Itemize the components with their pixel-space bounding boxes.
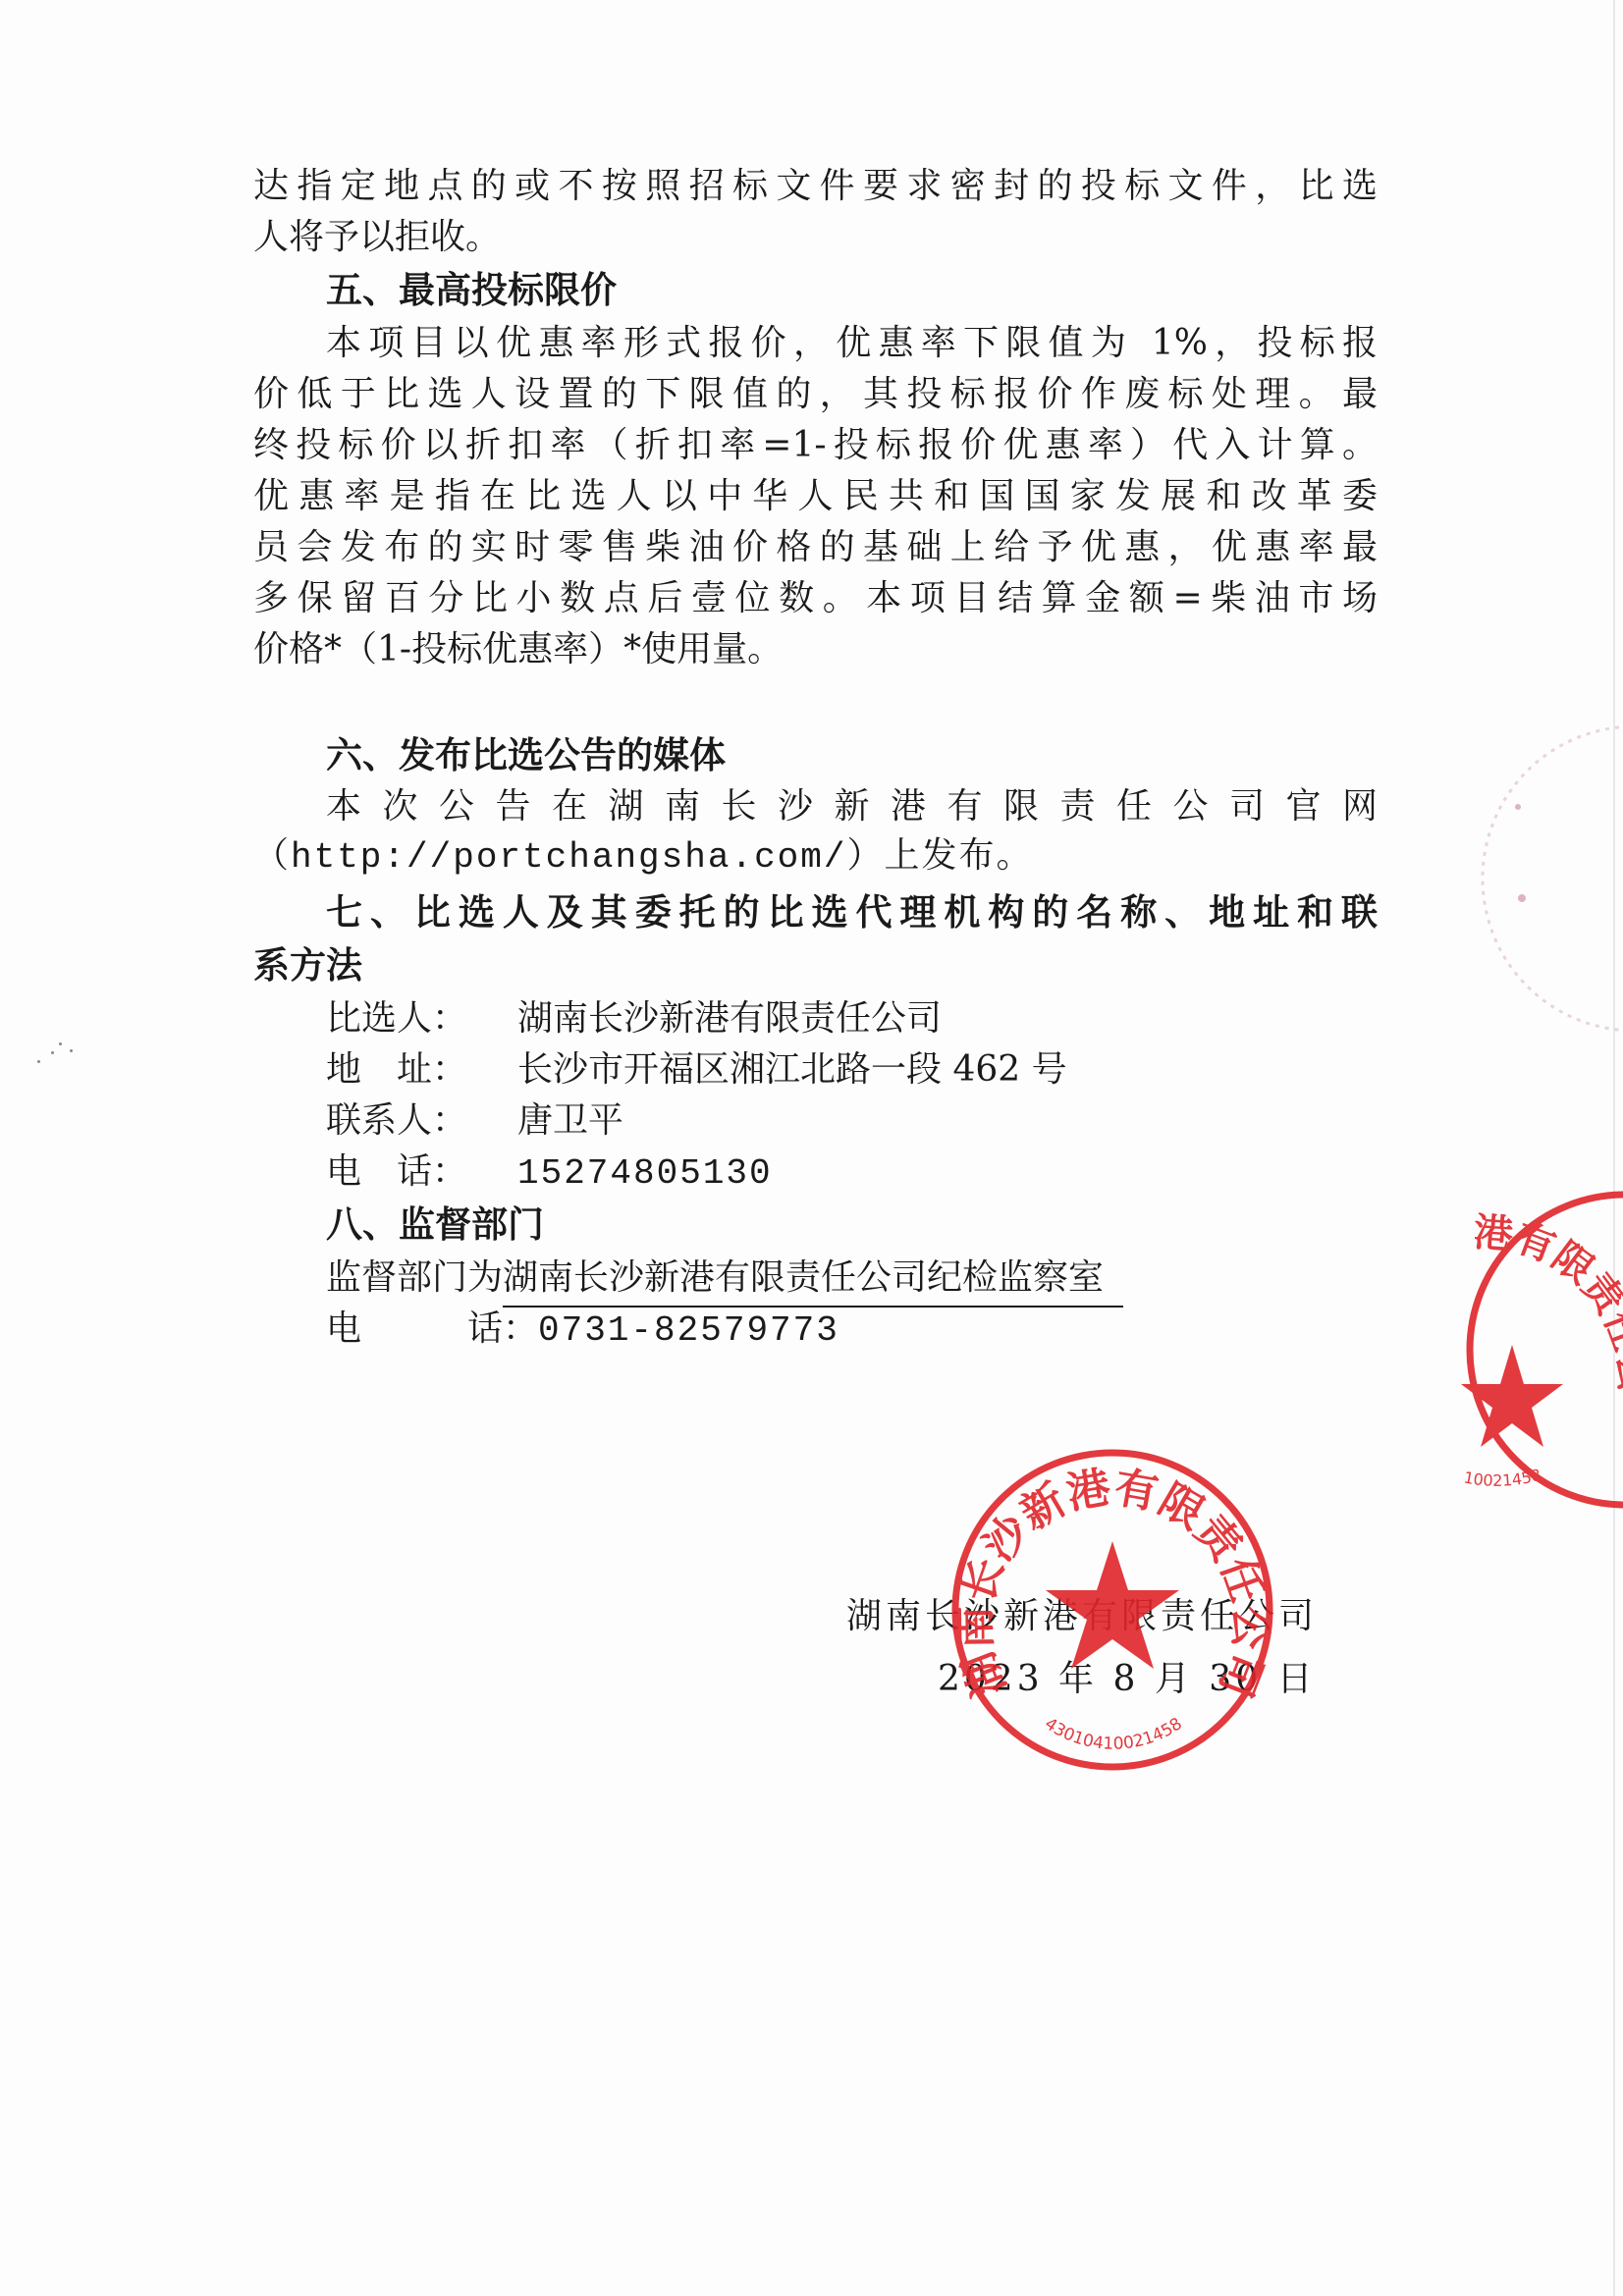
contact-value: 唐卫平 (517, 1100, 623, 1141)
contact-value: 长沙市开福区湘江北路一段 462 号 (517, 1049, 1067, 1090)
contact-value: 15274805130 (517, 1153, 773, 1194)
seal-serial: 43010410021458 (1041, 1714, 1186, 1754)
contact-label: 比选人： (326, 993, 517, 1044)
section-5-line-3: 终投标价以折扣率（折扣率=1-投标报价优惠率）代入计算。 (253, 420, 1378, 471)
continuation-line-2: 人将予以拒收。 (253, 212, 501, 263)
supervision-phone-row: 电 话：0731-82579773 (326, 1304, 839, 1357)
contact-row-phone: 电 话：15274805130 (326, 1147, 773, 1200)
ghost-seal-icon (1463, 717, 1623, 1041)
section-6-heading: 六、发布比选公告的媒体 (326, 730, 726, 781)
document-page: 达指定地点的或不按照招标文件要求密封的投标文件，比选 人将予以拒收。 五、最高投… (0, 0, 1623, 2296)
section-5-heading: 五、最高投标限价 (326, 265, 617, 316)
contact-row-bidder: 比选人：湖南长沙新港有限责任公司 (326, 993, 942, 1044)
section-7-heading-line-1: 七、比选人及其委托的比选代理机构的名称、地址和联 (326, 887, 1378, 938)
section-5-line-6: 多保留百分比小数点后壹位数。本项目结算金额=柴油市场 (253, 573, 1378, 624)
official-seal-icon: 湖南长沙新港有限责任公司 43010410021458 (946, 1443, 1279, 1777)
scan-speck (51, 1051, 54, 1054)
contact-label: 地 址： (326, 1044, 517, 1095)
contact-value: 湖南长沙新港有限责任公司 (517, 998, 942, 1039)
section-6-line-1: 本次公告在湖南长沙新港有限责任公司官网 (326, 781, 1378, 832)
section-5-line-4: 优惠率是指在比选人以中华人民共和国国家发展和改革委 (253, 471, 1378, 522)
section-8-heading: 八、监督部门 (326, 1200, 544, 1251)
contact-label: 电 话： (326, 1147, 517, 1198)
supervision-dept-row: 监督部门为湖南长沙新港有限责任公司纪检监察室 (326, 1253, 1123, 1308)
scan-speck (70, 1049, 73, 1052)
supervision-phone-value: 0731-82579773 (538, 1310, 839, 1351)
svg-text:10021458: 10021458 (1462, 1466, 1542, 1490)
scan-speck (59, 1042, 62, 1045)
supervision-dept-value: 湖南长沙新港有限责任公司纪检监察室 (503, 1253, 1123, 1308)
section-5-line-2: 价低于比选人设置的下限值的，其投标报价作废标处理。最 (253, 369, 1378, 420)
continuation-line-1: 达指定地点的或不按照招标文件要求密封的投标文件，比选 (253, 161, 1378, 212)
edge-seal-icon: 港有限责任公司 10021458 (1453, 1188, 1623, 1512)
section-5-line-5: 员会发布的实时零售柴油价格的基础上给予优惠，优惠率最 (253, 522, 1378, 573)
section-5-line-1: 本项目以优惠率形式报价，优惠率下限值为 1%，投标报 (326, 318, 1378, 369)
supervision-phone-label: 电 话： (326, 1308, 538, 1349)
section-6-url-line: （http://portchangsha.com/）上发布。 (253, 832, 1034, 883)
edge-seal-serial: 10021458 (1462, 1466, 1542, 1490)
section-7-heading-line-2: 系方法 (253, 940, 362, 991)
contact-row-person: 联系人：唐卫平 (326, 1095, 623, 1147)
scan-speck (37, 1060, 40, 1063)
svg-text:43010410021458: 43010410021458 (1041, 1714, 1186, 1754)
page-edge (1613, 0, 1615, 2296)
section-5-line-7: 价格*（1-投标优惠率）*使用量。 (253, 624, 783, 675)
contact-row-address: 地 址：长沙市开福区湘江北路一段 462 号 (326, 1044, 1067, 1095)
contact-label: 联系人： (326, 1095, 517, 1147)
supervision-dept-label: 监督部门为 (326, 1257, 503, 1298)
